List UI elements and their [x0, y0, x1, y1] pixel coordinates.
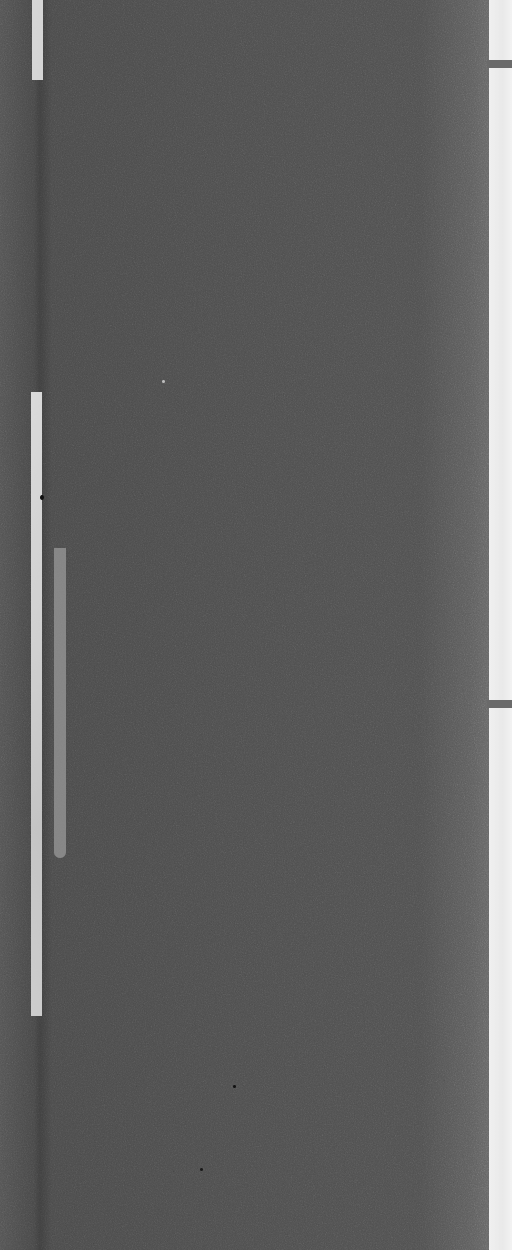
worn-lane-marking	[54, 548, 66, 858]
road-spot	[162, 380, 165, 383]
lane-marking-dash	[32, 0, 43, 80]
road-spot	[200, 1168, 203, 1171]
lane-marking-dash	[31, 392, 42, 1016]
curb-joint	[487, 60, 512, 68]
road-spot	[233, 1085, 236, 1088]
curb-joint	[487, 700, 512, 708]
asphalt-texture	[0, 0, 512, 1250]
road-curb	[489, 0, 512, 1250]
road-debris-spot	[40, 495, 44, 500]
road-scene	[0, 0, 512, 1250]
